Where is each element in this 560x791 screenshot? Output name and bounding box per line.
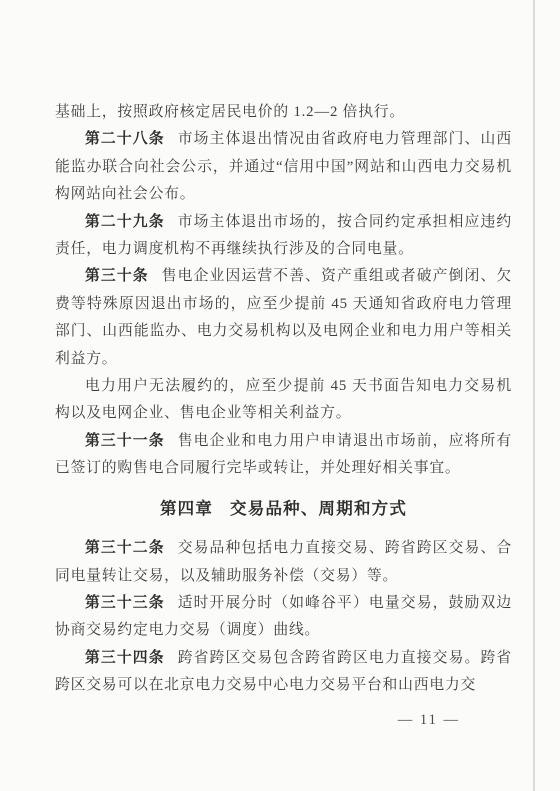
- document-page-content: 基础上，按照政府核定居民电价的 1.2—2 倍执行。 第二十八条市场主体退出情况…: [55, 99, 512, 734]
- article-number: 第三十条: [85, 268, 149, 284]
- article-number: 第三十三条: [85, 595, 165, 611]
- continuation-paragraph: 基础上，按照政府核定居民电价的 1.2—2 倍执行。: [55, 99, 512, 126]
- article-number: 第二十九条: [85, 214, 165, 230]
- article-paragraph: 第三十条售电企业因运营不善、资产重组或者破产倒闭、欠费等特殊原因退出市场的，应至…: [55, 263, 512, 373]
- scan-edge-line: [533, 0, 535, 791]
- article-paragraph: 第三十一条售电企业和电力用户申请退出市场前，应将所有已签订的购售电合同履行完毕或…: [55, 428, 512, 483]
- article-number: 第三十一条: [85, 433, 165, 449]
- article-number: 第三十四条: [85, 650, 165, 666]
- article-number: 第三十二条: [85, 540, 165, 556]
- article-paragraph: 第二十八条市场主体退出情况由省政府电力管理部门、山西能监办联合向社会公示，并通过…: [55, 126, 512, 208]
- article-paragraph: 第二十九条市场主体退出市场的，按合同约定承担相应违约责任，电力调度机构不再继续执…: [55, 209, 512, 264]
- page-number: — 11 —: [55, 707, 512, 734]
- paragraph-text: 电力用户无法履约的，应至少提前 45 天书面告知电力交易机构以及电网企业、售电企…: [55, 378, 512, 421]
- sub-paragraph: 电力用户无法履约的，应至少提前 45 天书面告知电力交易机构以及电网企业、售电企…: [55, 373, 512, 428]
- article-paragraph: 第三十三条适时开展分时（如峰谷平）电量交易，鼓励双边协商交易约定电力交易（调度）…: [55, 590, 512, 645]
- article-number: 第二十八条: [85, 131, 165, 147]
- chapter-title: 交易品种、周期和方式: [230, 500, 407, 518]
- paragraph-text: 基础上，按照政府核定居民电价的 1.2—2 倍执行。: [55, 104, 405, 120]
- chapter-number: 第四章: [160, 500, 213, 518]
- article-paragraph: 第三十二条交易品种包括电力直接交易、跨省跨区交易、合同电量转让交易，以及辅助服务…: [55, 535, 512, 590]
- chapter-heading: 第四章交易品种、周期和方式: [55, 496, 512, 523]
- article-paragraph: 第三十四条跨省跨区交易包含跨省跨区电力直接交易。跨省跨区交易可以在北京电力交易中…: [55, 645, 512, 700]
